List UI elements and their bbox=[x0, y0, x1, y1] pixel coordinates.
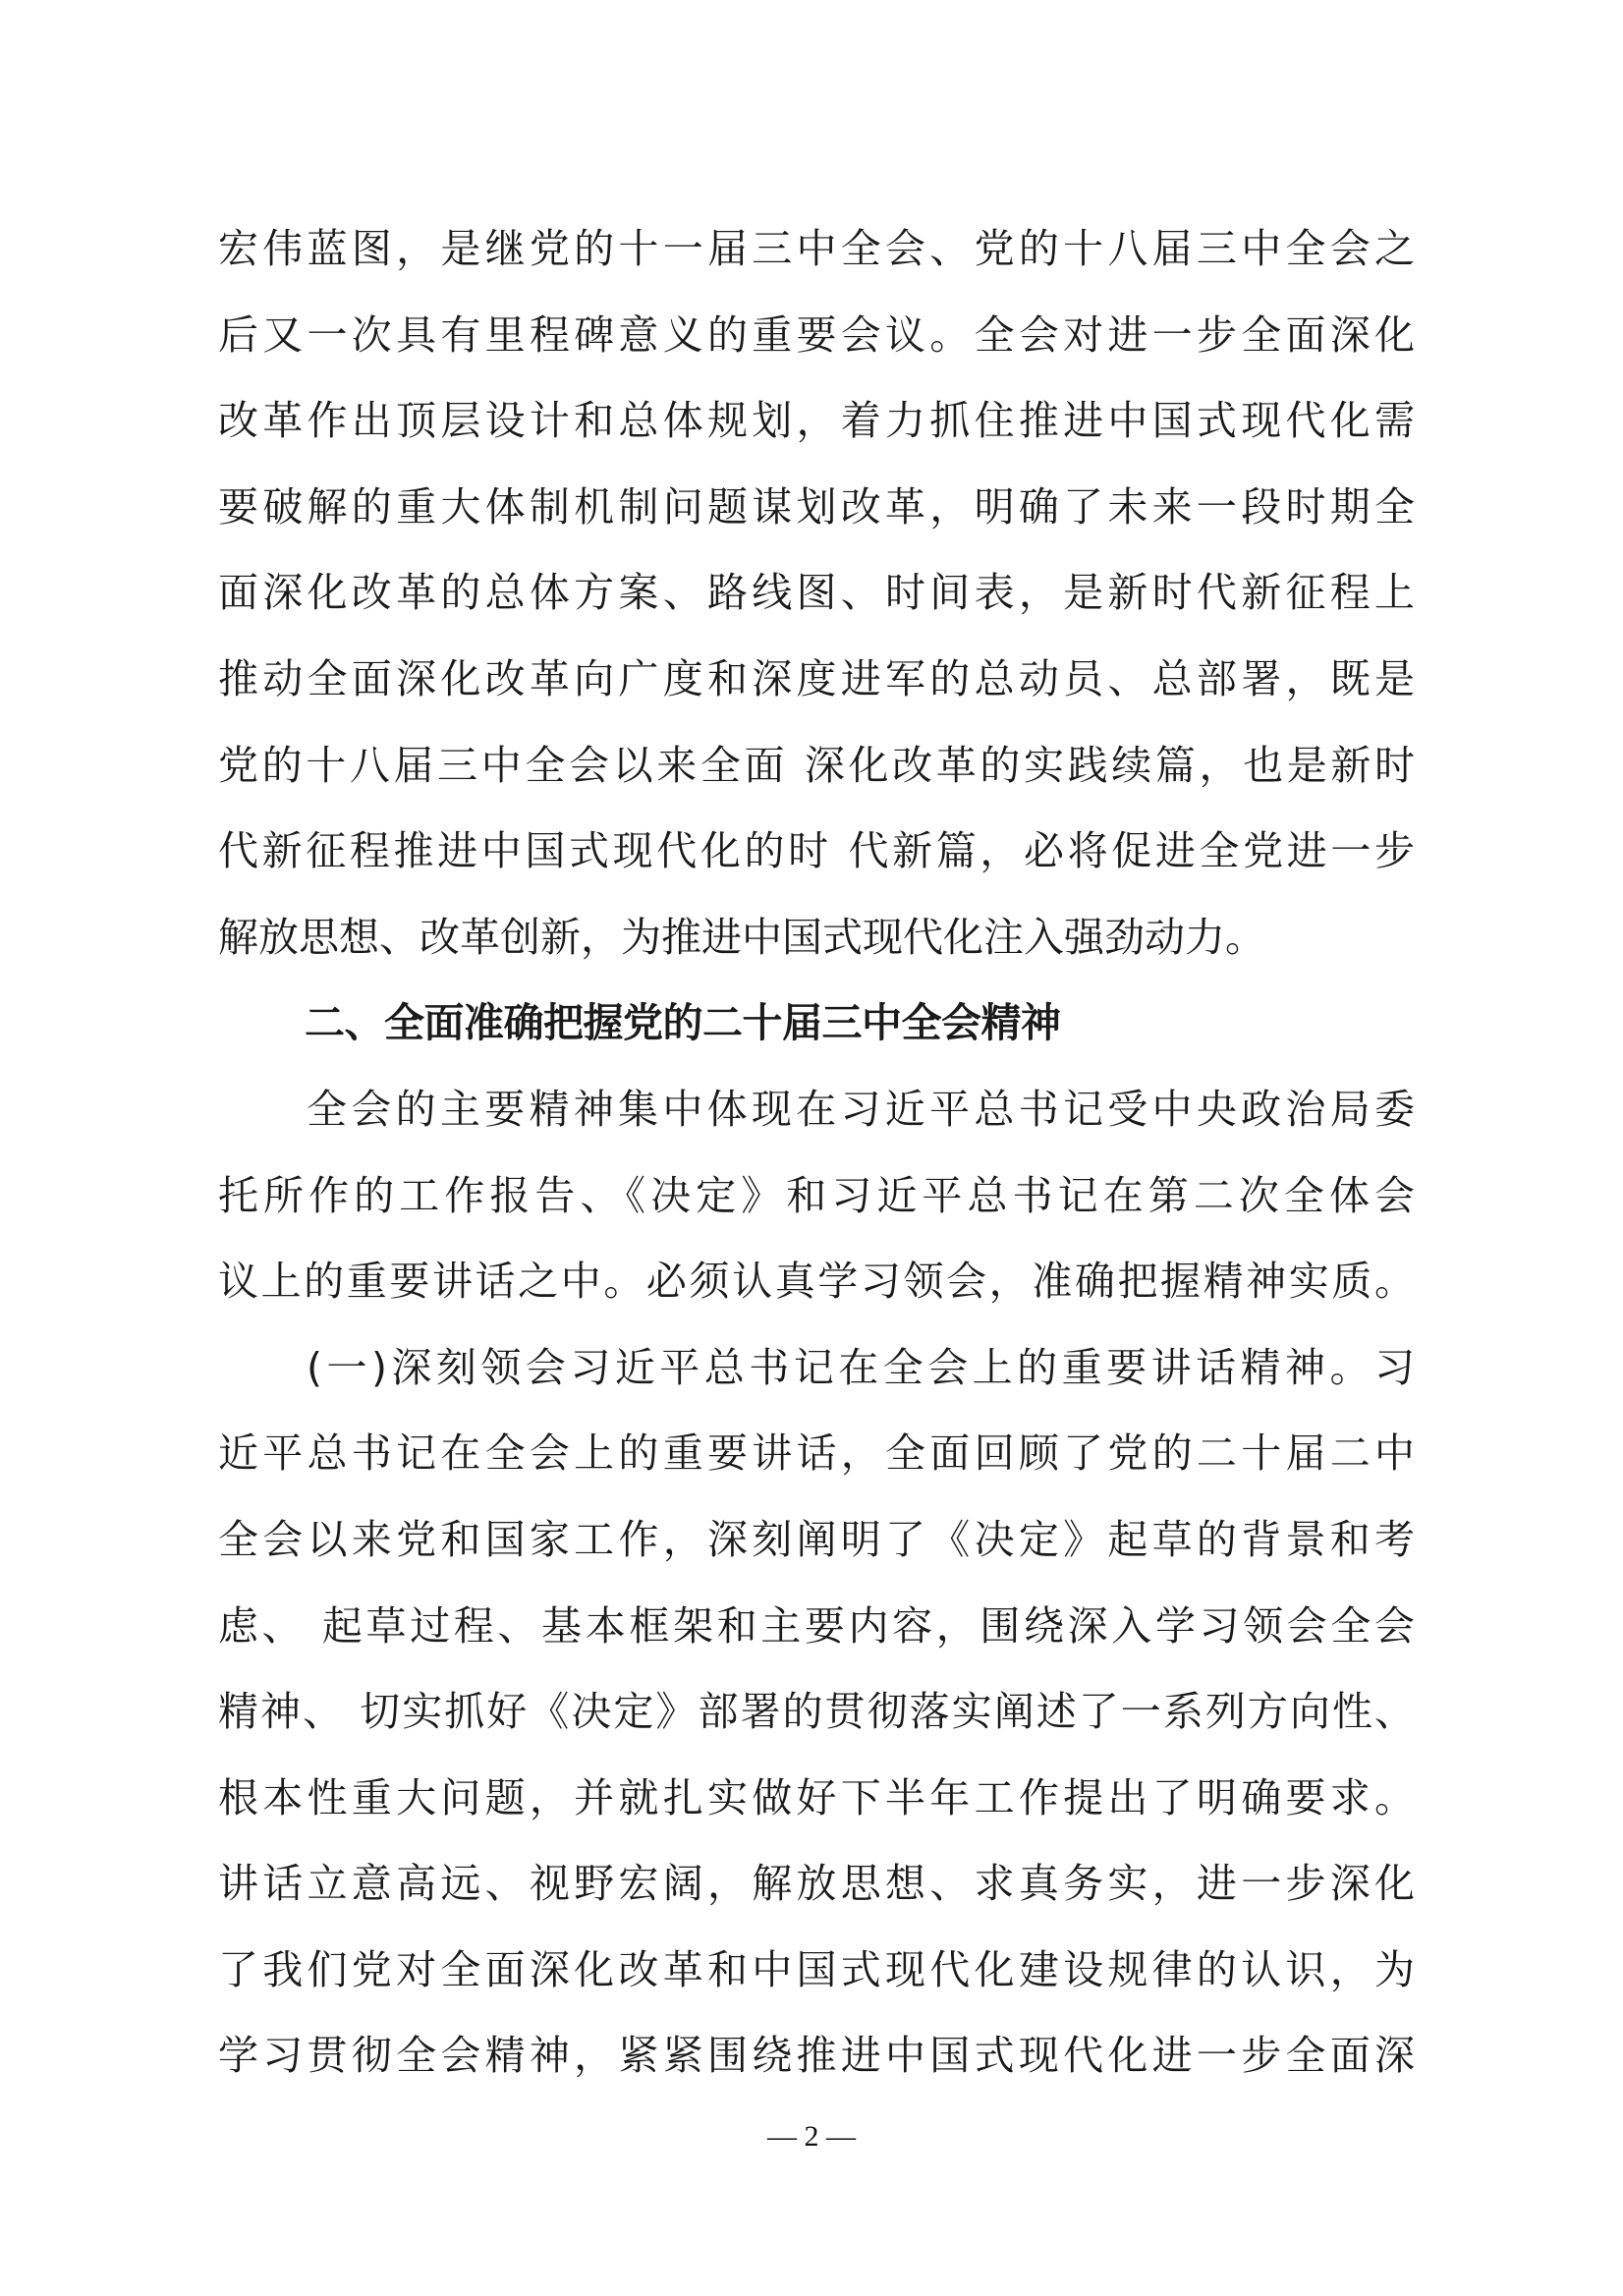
paragraph-first-line: 全会的主要精神集中体现在习近平总书记受中央政治局委 bbox=[218, 1067, 1415, 1153]
page-number: — 2 — bbox=[0, 2120, 1623, 2154]
subsection-first-line: (一)深刻领会习近平总书记在全会上的重要讲话精神。习 bbox=[218, 1325, 1415, 1412]
document-body: 宏伟蓝图，是继党的十一届三中全会、党的十八届三中全会之 后又一次具有里程碑意义的… bbox=[218, 206, 1415, 2100]
text-line: 解放思想、改革创新，为推进中国式现代化注入强劲动力。 bbox=[218, 895, 1415, 981]
text-line: 近平总书记在全会上的重要讲话，全面回顾了党的二十届二中 bbox=[218, 1411, 1415, 1497]
text-line: 议上的重要讲话之中。必须认真学习领会，准确把握精神实质。 bbox=[218, 1239, 1415, 1325]
text-line: 精神、 切实抓好《决定》部署的贯彻落实阐述了一系列方向性、 bbox=[218, 1669, 1415, 1756]
document-page: 宏伟蓝图，是继党的十一届三中全会、党的十八届三中全会之 后又一次具有里程碑意义的… bbox=[0, 0, 1623, 2296]
text-line: 代新征程推进中国式现代化的时 代新篇，必将促进全党进一步 bbox=[218, 809, 1415, 895]
text-line: 讲话立意高远、视野宏阔，解放思想、求真务实，进一步深化 bbox=[218, 1841, 1415, 1928]
text-line: 托所作的工作报告、《决定》和习近平总书记在第二次全体会 bbox=[218, 1153, 1415, 1240]
text-line: 宏伟蓝图，是继党的十一届三中全会、党的十八届三中全会之 bbox=[218, 206, 1415, 293]
text-line: 虑、 起草过程、基本框架和主要内容，围绕深入学习领会全会 bbox=[218, 1584, 1415, 1670]
text-line: 改革作出顶层设计和总体规划，着力抓住推进中国式现代化需 bbox=[218, 378, 1415, 465]
text-line: 要破解的重大体制机制问题谋划改革，明确了未来一段时期全 bbox=[218, 465, 1415, 551]
text-line: 面深化改革的总体方案、路线图、时间表，是新时代新征程上 bbox=[218, 550, 1415, 637]
text-line: 了我们党对全面深化改革和中国式现代化建设规律的认识，为 bbox=[218, 1928, 1415, 2014]
text-line: 后又一次具有里程碑意义的重要会议。全会对进一步全面深化 bbox=[218, 293, 1415, 379]
text-line: 推动全面深化改革向广度和深度进军的总动员、总部署，既是 bbox=[218, 637, 1415, 723]
text-line: 全会以来党和国家工作，深刻阐明了《决定》起草的背景和考 bbox=[218, 1497, 1415, 1584]
text-line: 党的十八届三中全会以来全面 深化改革的实践续篇，也是新时 bbox=[218, 723, 1415, 810]
text-line: 根本性重大问题，并就扎实做好下半年工作提出了明确要求。 bbox=[218, 1756, 1415, 1842]
text-line: 学习贯彻全会精神，紧紧围绕推进中国式现代化进一步全面深 bbox=[218, 2013, 1415, 2100]
section-heading: 二、全面准确把握党的二十届三中全会精神 bbox=[218, 980, 1415, 1067]
